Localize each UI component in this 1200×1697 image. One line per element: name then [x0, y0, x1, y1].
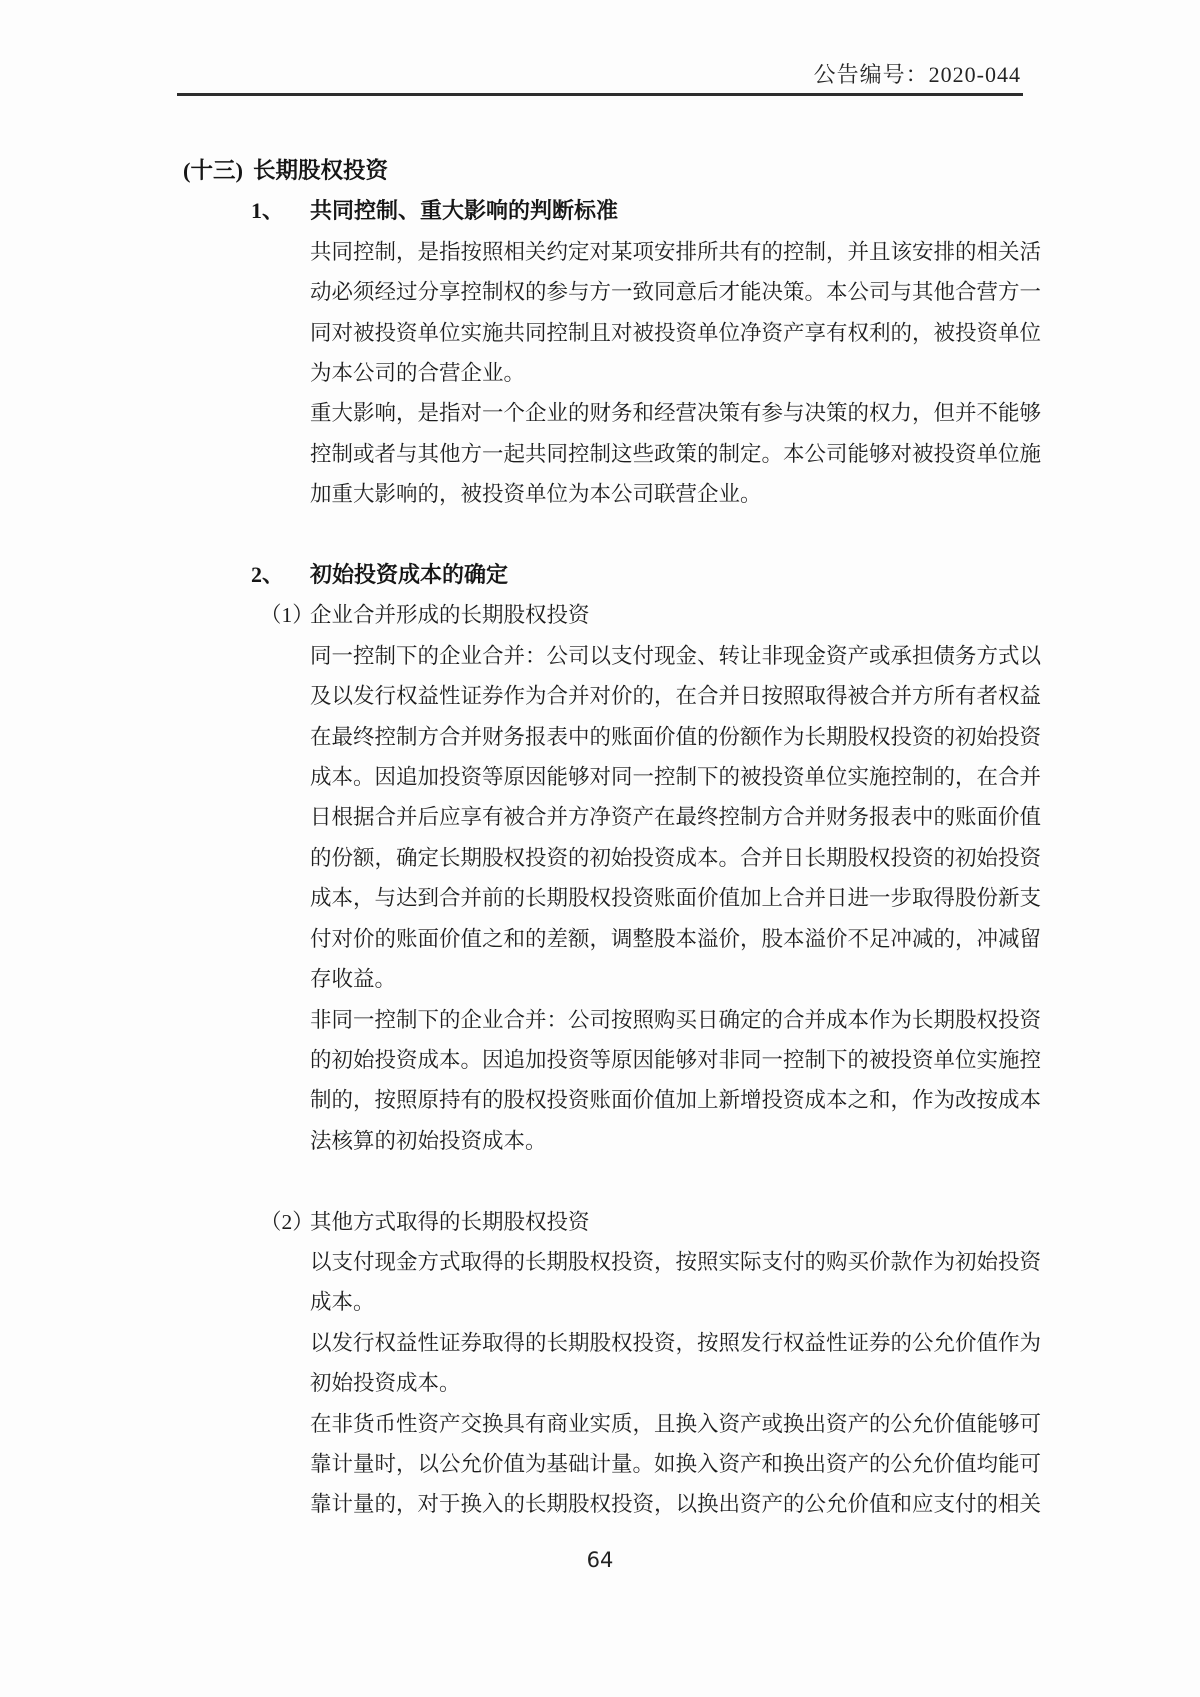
paragraph-non-same-control-merger: 非同一控制下的企业合并：公司按照购买日确定的合并成本作为长期股权投资的初始投资成…: [310, 1000, 1041, 1162]
item-2-title: 其他方式取得的长期股权投资: [310, 1210, 590, 1234]
section-label: (十三): [183, 151, 253, 191]
section-title: 长期股权投资: [253, 158, 388, 183]
announcement-number: 公告编号：2020-044: [177, 62, 1023, 88]
page-footer: 64: [0, 1548, 1200, 1572]
item-1-label: （1）: [260, 595, 310, 635]
paragraph-nonmonetary-exchange: 在非货币性资产交换具有商业实质，且换入资产或换出资产的公允价值能够可靠计量时，以…: [310, 1404, 1041, 1525]
item-1-heading: （1）企业合并形成的长期股权投资: [260, 595, 1200, 635]
subsection-1-title: 共同控制、重大影响的判断标准: [310, 198, 618, 223]
item-2-heading: （2）其他方式取得的长期股权投资: [260, 1202, 1200, 1242]
paragraph-equity-securities-acquisition: 以发行权益性证券取得的长期股权投资，按照发行权益性证券的公允价值作为初始投资成本…: [310, 1323, 1041, 1404]
item-1-title: 企业合并形成的长期股权投资: [310, 603, 590, 627]
subsection-1-heading: 1、共同控制、重大影响的判断标准: [251, 191, 1200, 231]
subsection-1-number: 1、: [251, 191, 310, 231]
document-content: (十三)长期股权投资 1、共同控制、重大影响的判断标准 共同控制，是指按照相关约…: [0, 151, 1200, 1525]
paragraph-same-control-merger: 同一控制下的企业合并：公司以支付现金、转让非现金资产或承担债务方式以及以发行权益…: [310, 636, 1041, 1000]
document-page: 公告编号：2020-044 (十三)长期股权投资 1、共同控制、重大影响的判断标…: [0, 0, 1200, 1697]
document-header: 公告编号：2020-044: [177, 0, 1023, 96]
page-number: 64: [587, 1548, 614, 1572]
item-2-label: （2）: [260, 1202, 310, 1242]
paragraph-cash-acquisition: 以支付现金方式取得的长期股权投资，按照实际支付的购买价款作为初始投资成本。: [310, 1242, 1041, 1323]
section-heading: (十三)长期股权投资: [183, 151, 1200, 191]
subsection-2-number: 2、: [251, 555, 310, 595]
paragraph-joint-control: 共同控制，是指按照相关约定对某项安排所共有的控制，并且该安排的相关活动必须经过分…: [310, 232, 1041, 394]
paragraph-significant-influence: 重大影响，是指对一个企业的财务和经营决策有参与决策的权力，但并不能够控制或者与其…: [310, 393, 1041, 514]
subsection-2-heading: 2、初始投资成本的确定: [251, 555, 1200, 595]
subsection-2-title: 初始投资成本的确定: [310, 562, 508, 587]
